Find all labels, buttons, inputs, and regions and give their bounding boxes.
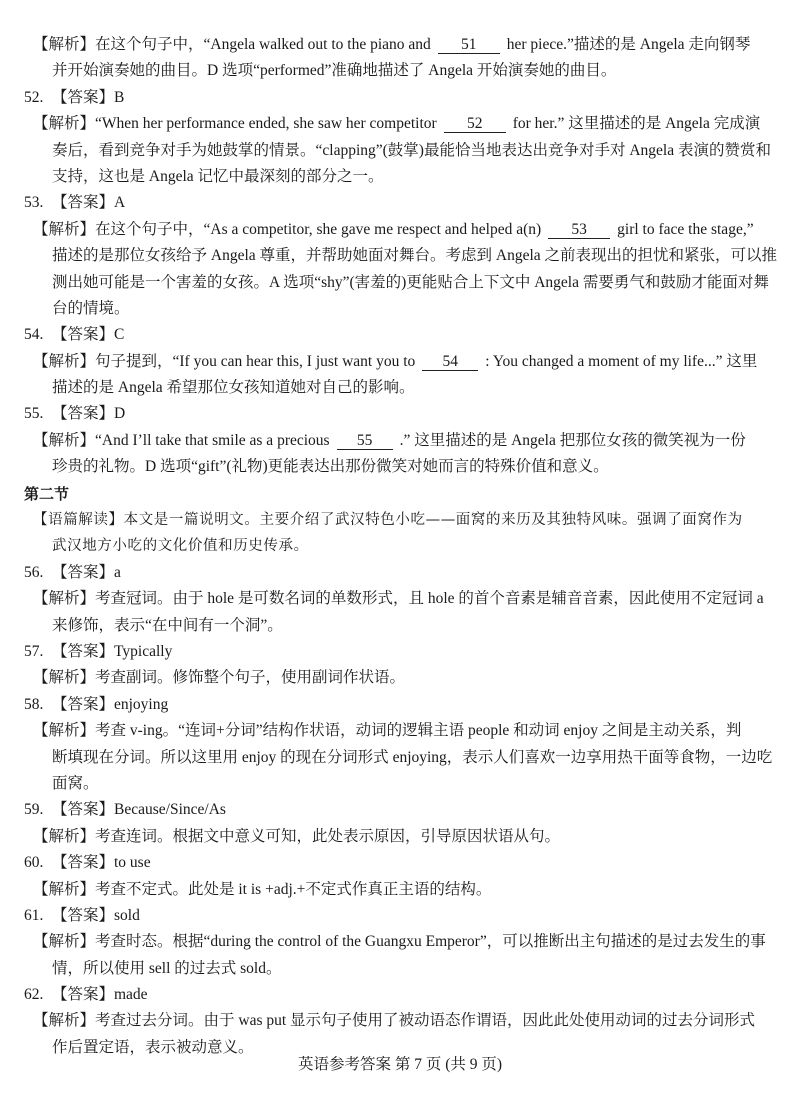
blank-52: 52 bbox=[444, 115, 506, 133]
question-number: 59. bbox=[24, 797, 52, 823]
answer-52: 52.【答案】B bbox=[0, 85, 800, 111]
analysis-57-line-1: 【解析】考查副词。修饰整个句子，使用副词作状语。 bbox=[0, 665, 800, 691]
analysis-52-line-1: 【解析】“When her performance ended, she saw… bbox=[0, 111, 800, 137]
analysis-51-line-1: 【解析】在这个句子中，“Angela walked out to the pia… bbox=[0, 32, 800, 58]
answer-text: 【答案】C bbox=[52, 326, 124, 343]
analysis-56-line-1: 【解析】考查冠词。由于 hole 是可数名词的单数形式，且 hole 的首个音素… bbox=[0, 586, 800, 612]
question-number: 53. bbox=[24, 190, 52, 216]
analysis-text: 【解析】“And I’ll take that smile as a preci… bbox=[33, 432, 330, 449]
analysis-text: : You changed a moment of my life...” 这里 bbox=[485, 353, 757, 370]
analysis-51-line-2: 并开始演奏她的曲目。D 选项“performed”准确地描述了 Angela 开… bbox=[0, 58, 800, 84]
answer-53: 53.【答案】A bbox=[0, 190, 800, 216]
answer-text: 【答案】enjoying bbox=[52, 696, 168, 713]
analysis-58-line-3: 面窝。 bbox=[0, 771, 800, 797]
analysis-text: for her.” 这里描述的是 Angela 完成演 bbox=[513, 115, 761, 132]
answer-62: 62.【答案】made bbox=[0, 982, 800, 1008]
passage-summary-line-2: 武汉地方小吃的文化价值和历史传承。 bbox=[0, 533, 800, 559]
answer-61: 61.【答案】sold bbox=[0, 903, 800, 929]
analysis-text: .” 这里描述的是 Angela 把那位女孩的微笑视为一份 bbox=[400, 432, 746, 449]
blank-54: 54 bbox=[422, 353, 478, 371]
blank-53: 53 bbox=[548, 221, 610, 239]
page-footer: 英语参考答案 第 7 页 (共 9 页) bbox=[0, 1052, 800, 1078]
analysis-55-line-1: 【解析】“And I’ll take that smile as a preci… bbox=[0, 428, 800, 454]
question-number: 60. bbox=[24, 850, 52, 876]
analysis-53-line-1: 【解析】在这个句子中，“As a competitor, she gave me… bbox=[0, 217, 800, 243]
question-number: 58. bbox=[24, 692, 52, 718]
passage-summary-line-1: 【语篇解读】本文是一篇说明文。主要介绍了武汉特色小吃——面窝的来历及其独特风味。… bbox=[0, 507, 800, 533]
answer-55: 55.【答案】D bbox=[0, 401, 800, 427]
answer-59: 59.【答案】Because/Since/As bbox=[0, 797, 800, 823]
answer-key-page: 【解析】在这个句子中，“Angela walked out to the pia… bbox=[0, 32, 800, 1061]
analysis-text: 【解析】在这个句子中，“Angela walked out to the pia… bbox=[33, 36, 431, 53]
analysis-54-line-2: 描述的是 Angela 希望那位女孩知道她对自己的影响。 bbox=[0, 375, 800, 401]
analysis-56-line-2: 来修饰，表示“在中间有一个洞”。 bbox=[0, 613, 800, 639]
analysis-53-line-3: 测出她可能是一个害羞的女孩。A 选项“shy”(害羞的)更能贴合上下文中 Ang… bbox=[0, 270, 800, 296]
question-number: 62. bbox=[24, 982, 52, 1008]
answer-text: 【答案】A bbox=[52, 194, 125, 211]
analysis-55-line-2: 珍贵的礼物。D 选项“gift”(礼物)更能表达出那份微笑对她而言的特殊价值和意… bbox=[0, 454, 800, 480]
analysis-61-line-1: 【解析】考查时态。根据“during the control of the Gu… bbox=[0, 929, 800, 955]
analysis-58-line-2: 断填现在分词。所以这里用 enjoy 的现在分词形式 enjoying，表示人们… bbox=[0, 745, 800, 771]
analysis-53-line-2: 描述的是那位女孩给予 Angela 尊重，并帮助她面对舞台。考虑到 Angela… bbox=[0, 243, 800, 269]
answer-text: 【答案】Typically bbox=[52, 643, 172, 660]
question-number: 54. bbox=[24, 322, 52, 348]
analysis-text: 【解析】“When her performance ended, she saw… bbox=[33, 115, 437, 132]
analysis-text: 【解析】在这个句子中，“As a competitor, she gave me… bbox=[33, 221, 541, 238]
analysis-62-line-1: 【解析】考查过去分词。由于 was put 显示句子使用了被动语态作谓语，因此此… bbox=[0, 1008, 800, 1034]
analysis-text: 【解析】句子提到，“If you can hear this, I just w… bbox=[33, 353, 415, 370]
answer-56: 56.【答案】a bbox=[0, 560, 800, 586]
answer-text: 【答案】to use bbox=[52, 854, 151, 871]
analysis-58-line-1: 【解析】考查 v-ing。“连词+分词”结构作状语，动词的逻辑主语 people… bbox=[0, 718, 800, 744]
answer-text: 【答案】B bbox=[52, 89, 124, 106]
analysis-text: girl to face the stage,” bbox=[617, 221, 753, 238]
section-heading: 第二节 bbox=[0, 481, 800, 507]
analysis-54-line-1: 【解析】句子提到，“If you can hear this, I just w… bbox=[0, 349, 800, 375]
analysis-60-line-1: 【解析】考查不定式。此处是 it is +adj.+不定式作真正主语的结构。 bbox=[0, 877, 800, 903]
answer-60: 60.【答案】to use bbox=[0, 850, 800, 876]
question-number: 61. bbox=[24, 903, 52, 929]
question-number: 52. bbox=[24, 85, 52, 111]
answer-58: 58.【答案】enjoying bbox=[0, 692, 800, 718]
answer-57: 57.【答案】Typically bbox=[0, 639, 800, 665]
answer-text: 【答案】a bbox=[52, 564, 121, 581]
blank-51: 51 bbox=[438, 36, 500, 54]
analysis-52-line-2: 奏后，看到竞争对手为她鼓掌的情景。“clapping”(鼓掌)最能恰当地表达出竞… bbox=[0, 138, 800, 164]
answer-text: 【答案】D bbox=[52, 405, 125, 422]
analysis-text: her piece.”描述的是 Angela 走向钢琴 bbox=[507, 36, 751, 53]
question-number: 56. bbox=[24, 560, 52, 586]
question-number: 55. bbox=[24, 401, 52, 427]
analysis-52-line-3: 支持，这也是 Angela 记忆中最深刻的部分之一。 bbox=[0, 164, 800, 190]
answer-text: 【答案】Because/Since/As bbox=[52, 801, 226, 818]
question-number: 57. bbox=[24, 639, 52, 665]
analysis-53-line-4: 台的情境。 bbox=[0, 296, 800, 322]
answer-text: 【答案】made bbox=[52, 986, 148, 1003]
answer-text: 【答案】sold bbox=[52, 907, 140, 924]
analysis-59-line-1: 【解析】考查连词。根据文中意义可知，此处表示原因，引导原因状语从句。 bbox=[0, 824, 800, 850]
blank-55: 55 bbox=[337, 432, 393, 450]
analysis-61-line-2: 情，所以使用 sell 的过去式 sold。 bbox=[0, 956, 800, 982]
answer-54: 54.【答案】C bbox=[0, 322, 800, 348]
